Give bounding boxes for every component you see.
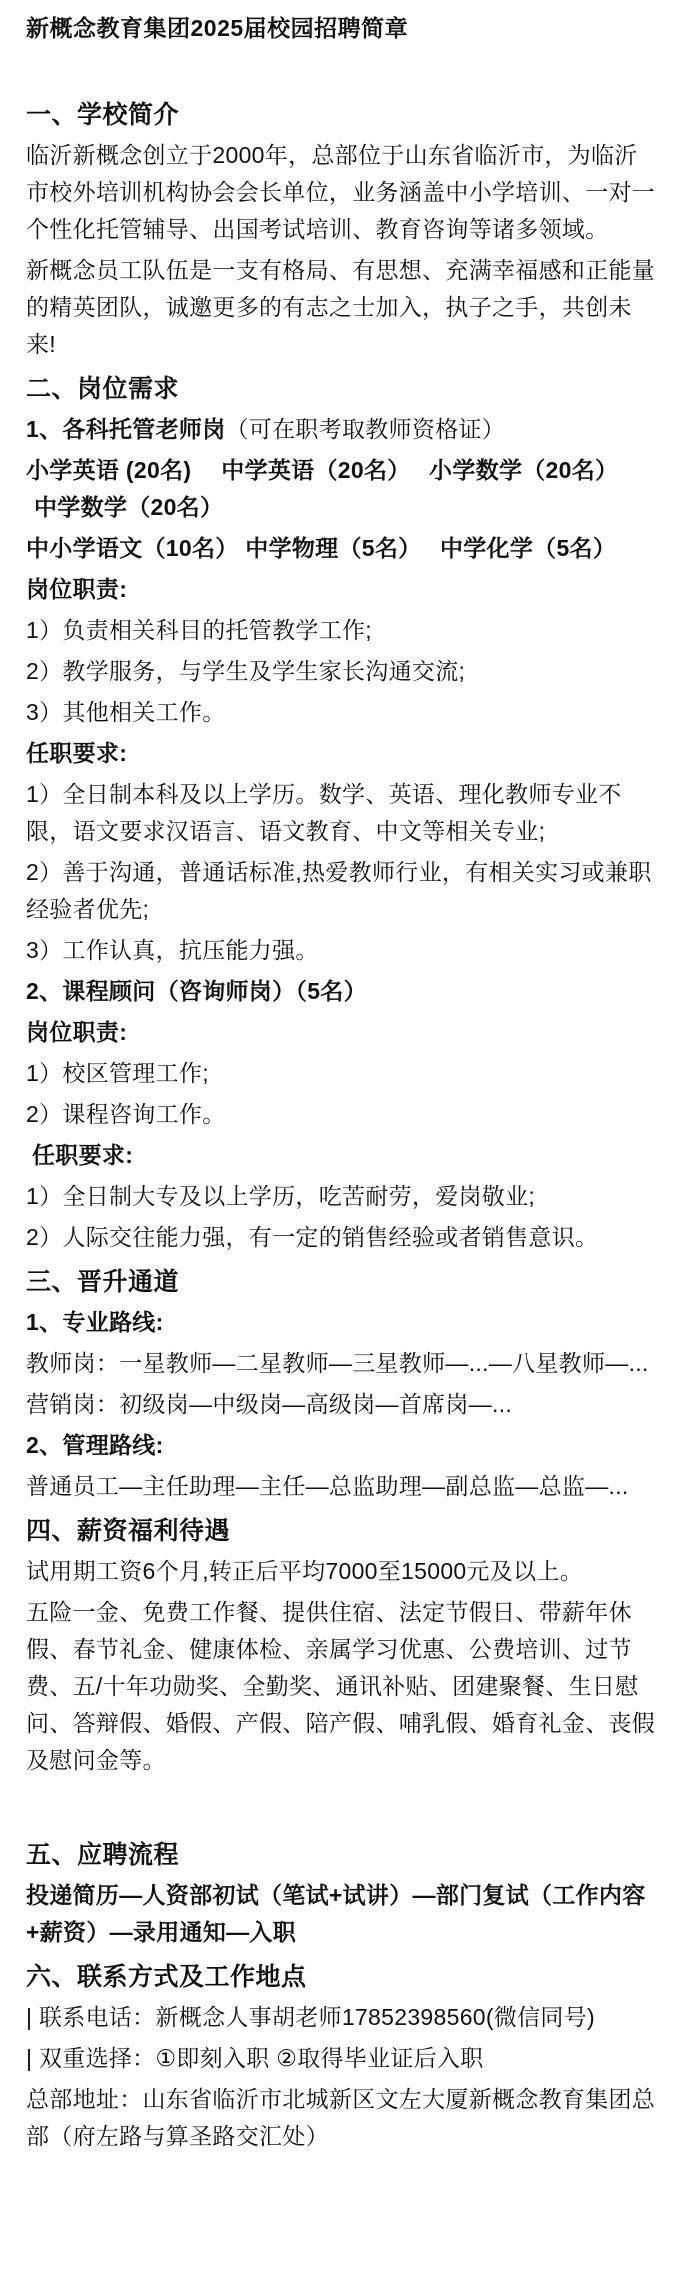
paragraph: 2）教学服务，与学生及学生家长沟通交流; xyxy=(26,653,657,690)
text: 中学数学（20名） xyxy=(34,494,223,520)
text: | 联系电话：新概念人事胡老师17852398560(微信同号) xyxy=(26,2004,595,2030)
section-heading: 三、晋升通道 xyxy=(26,1265,657,1299)
bold-text-line: 中学数学（20名） xyxy=(26,489,657,526)
paragraph: 1）全日制本科及以上学历。数学、英语、理化教师专业不限，语文要求汉语言、语文教育… xyxy=(26,776,657,850)
text: 2）教学服务，与学生及学生家长沟通交流; xyxy=(26,658,465,684)
bold-text-line: 任职要求: xyxy=(26,1137,657,1174)
bold-text-line: 岗位职责: xyxy=(26,1014,657,1051)
text: 任职要求: xyxy=(32,1142,133,1168)
text: 普通员工—主任助理—主任—总监助理—副总监—总监—... xyxy=(26,1473,629,1499)
spacer xyxy=(26,43,657,89)
section-heading: 四、薪资福利待遇 xyxy=(26,1514,657,1548)
text: 总部地址：山东省临沂市北城新区文左大厦新概念教育集团总部（府左路与算圣路交汇处） xyxy=(26,2086,655,2149)
paragraph: 营销岗：初级岗—中级岗—高级岗—首席岗—... xyxy=(26,1386,657,1423)
section-heading: 二、岗位需求 xyxy=(26,372,657,406)
paragraph: 2）善于沟通，普通话标准,热爱教师行业，有相关实习或兼职经验者优先; xyxy=(26,854,657,928)
document-body: 一、学校简介临沂新概念创立于2000年，总部位于山东省临沂市，为临沂市校外培训机… xyxy=(26,43,657,2155)
paragraph: 教师岗：一星教师—二星教师—三星教师—...—八星教师—... xyxy=(26,1345,657,1382)
text: 1）校区管理工作; xyxy=(26,1060,209,1086)
paragraph: 3）工作认真，抗压能力强。 xyxy=(26,932,657,969)
text: 1）全日制本科及以上学历。数学、英语、理化教师专业不限，语文要求汉语言、语文教育… xyxy=(26,781,622,844)
text: 新概念员工队伍是一支有格局、有思想、充满幸福感和正能量的精英团队，诚邀更多的有志… xyxy=(26,257,655,357)
text: 中小学语文（10名） 中学物理（5名） 中学化学（5名） xyxy=(26,535,616,561)
text: 教师岗：一星教师—二星教师—三星教师—...—八星教师—... xyxy=(26,1350,649,1376)
text: 投递简历—人资部初试（笔试+试讲）—部门复试（工作内容+薪资）—录用通知—入职 xyxy=(26,1882,646,1945)
text: 1）负责相关科目的托管教学工作; xyxy=(26,617,372,643)
text: 2、课程顾问（咨询师岗）（5名） xyxy=(26,978,367,1004)
bold-text-line: 1、专业路线: xyxy=(26,1304,657,1341)
paragraph: 2）课程咨询工作。 xyxy=(26,1096,657,1133)
text: | 双重选择：①即刻入职 ②取得毕业证后入职 xyxy=(26,2045,484,2071)
bold-text-line: 岗位职责: xyxy=(26,571,657,608)
paragraph: 3）其他相关工作。 xyxy=(26,694,657,731)
paragraph: 总部地址：山东省临沂市北城新区文左大厦新概念教育集团总部（府左路与算圣路交汇处） xyxy=(26,2081,657,2155)
text: 岗位职责: xyxy=(26,1019,127,1045)
bold-text-line: 1、各科托管老师岗（可在职考取教师资格证） xyxy=(26,411,657,448)
text: 1、专业路线: xyxy=(26,1309,164,1335)
text: 1）全日制大专及以上学历，吃苦耐劳，爱岗敬业; xyxy=(26,1183,535,1209)
paragraph: 五险一金、免费工作餐、提供住宿、法定节假日、带薪年休假、春节礼金、健康体检、亲属… xyxy=(26,1594,657,1779)
spacer xyxy=(26,1783,657,1829)
section-heading: 五、应聘流程 xyxy=(26,1838,657,1872)
recruitment-document: 新概念教育集团2025届校园招聘简章 一、学校简介临沂新概念创立于2000年，总… xyxy=(0,0,679,2187)
section-heading: 一、学校简介 xyxy=(26,98,657,132)
text: 营销岗：初级岗—中级岗—高级岗—首席岗—... xyxy=(26,1391,512,1417)
section-heading: 六、联系方式及工作地点 xyxy=(26,1960,657,1994)
text: 任职要求: xyxy=(26,740,127,766)
paragraph: 普通员工—主任助理—主任—总监助理—副总监—总监—... xyxy=(26,1468,657,1505)
text: 试用期工资6个月,转正后平均7000至15000元及以上。 xyxy=(26,1558,583,1584)
text: 3）工作认真，抗压能力强。 xyxy=(26,937,319,963)
paragraph: 试用期工资6个月,转正后平均7000至15000元及以上。 xyxy=(26,1553,657,1590)
bold-text-line: 小学英语 (20名) 中学英语（20名） 小学数学（20名） xyxy=(26,452,657,489)
text: 五险一金、免费工作餐、提供住宿、法定节假日、带薪年休假、春节礼金、健康体检、亲属… xyxy=(26,1599,655,1773)
text-regular-tail: （可在职考取教师资格证） xyxy=(226,416,506,442)
text: 临沂新概念创立于2000年，总部位于山东省临沂市，为临沂市校外培训机构协会会长单… xyxy=(26,142,655,242)
text: 2）课程咨询工作。 xyxy=(26,1101,226,1127)
document-title: 新概念教育集团2025届校园招聘简章 xyxy=(26,13,657,43)
paragraph: 1）负责相关科目的托管教学工作; xyxy=(26,612,657,649)
paragraph: 临沂新概念创立于2000年，总部位于山东省临沂市，为临沂市校外培训机构协会会长单… xyxy=(26,137,657,248)
paragraph: | 联系电话：新概念人事胡老师17852398560(微信同号) xyxy=(26,1999,657,2036)
paragraph: 2）人际交往能力强，有一定的销售经验或者销售意识。 xyxy=(26,1219,657,1256)
paragraph: | 双重选择：①即刻入职 ②取得毕业证后入职 xyxy=(26,2040,657,2077)
text: 3）其他相关工作。 xyxy=(26,699,226,725)
paragraph: 新概念员工队伍是一支有格局、有思想、充满幸福感和正能量的精英团队，诚邀更多的有志… xyxy=(26,252,657,363)
text: 2）人际交往能力强，有一定的销售经验或者销售意识。 xyxy=(26,1224,598,1250)
bold-text-line: 2、课程顾问（咨询师岗）（5名） xyxy=(26,973,657,1010)
paragraph: 1）校区管理工作; xyxy=(26,1055,657,1092)
text: 岗位职责: xyxy=(26,576,127,602)
text: 2）善于沟通，普通话标准,热爱教师行业，有相关实习或兼职经验者优先; xyxy=(26,859,652,922)
bold-text-line: 投递简历—人资部初试（笔试+试讲）—部门复试（工作内容+薪资）—录用通知—入职 xyxy=(26,1877,657,1951)
text: 1、各科托管老师岗 xyxy=(26,416,226,442)
paragraph: 1）全日制大专及以上学历，吃苦耐劳，爱岗敬业; xyxy=(26,1178,657,1215)
text: 小学英语 (20名) 中学英语（20名） 小学数学（20名） xyxy=(26,457,618,483)
text: 2、管理路线: xyxy=(26,1432,164,1458)
bold-text-line: 2、管理路线: xyxy=(26,1427,657,1464)
bold-text-line: 任职要求: xyxy=(26,735,657,772)
bold-text-line: 中小学语文（10名） 中学物理（5名） 中学化学（5名） xyxy=(26,530,657,567)
